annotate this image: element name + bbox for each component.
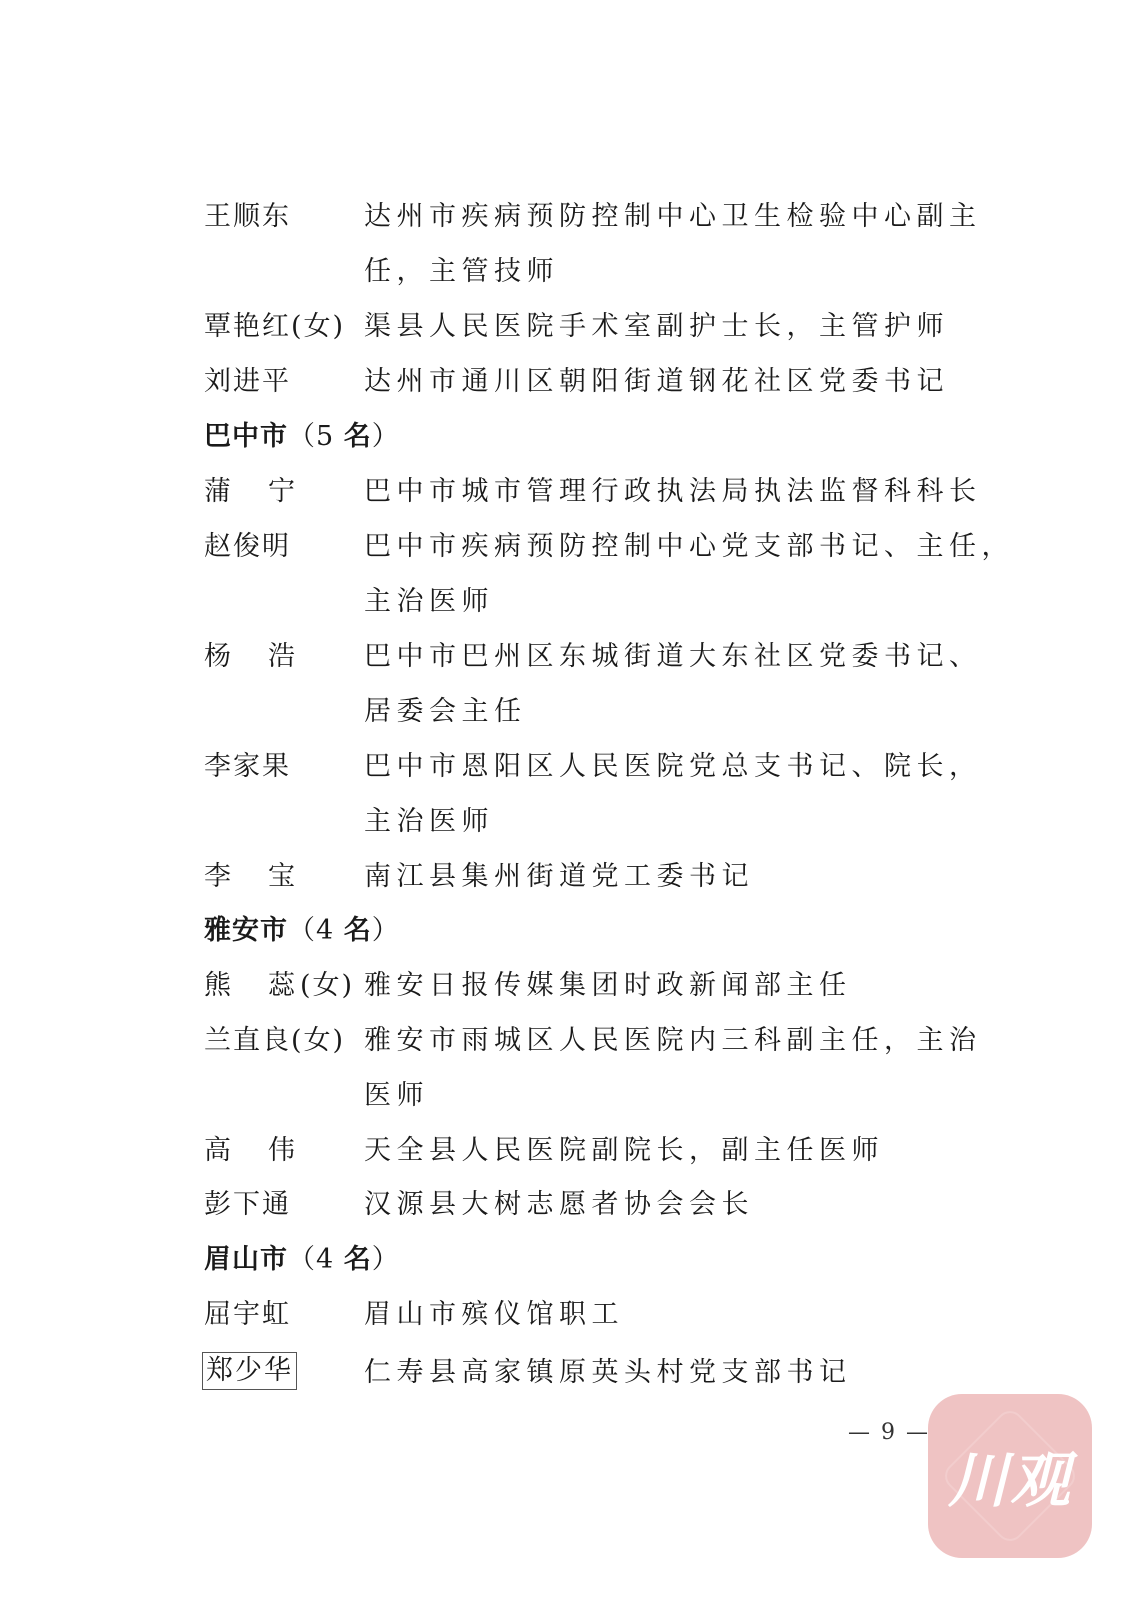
section-title: 眉山市 (204, 1244, 288, 1275)
person-name: 赵俊明 (204, 532, 364, 562)
page-number: — 9 — (848, 1420, 930, 1445)
section-heading-bazhong: 巴中市（5 名） (204, 422, 400, 452)
person-name: 王顺东 (204, 202, 364, 232)
person-title-cont: 任，主管技师 (364, 257, 559, 287)
section-count: （4 名） (288, 1244, 400, 1275)
person-name: 屈宇虹 (204, 1300, 364, 1330)
person-name: 兰直良(女) (204, 1026, 364, 1056)
watermark-text: 川观 (948, 1433, 1072, 1519)
person-name: 李家果 (204, 752, 364, 782)
person-title: 巴中市恩阳区人民医院党总支书记、院长， (364, 752, 982, 782)
person-title: 雅安日报传媒集团时政新闻部主任 (364, 971, 852, 1001)
section-count: （4 名） (288, 915, 400, 946)
person-title: 天全县人民医院副院长，副主任医师 (364, 1136, 884, 1166)
person-title: 巴中市疾病预防控制中心党支部书记、主任， (364, 532, 1014, 562)
person-title-cont: 主治医师 (364, 587, 494, 617)
person-name-highlighted: 郑少华 (202, 1352, 297, 1390)
section-heading-yaan: 雅安市（4 名） (204, 916, 400, 946)
person-title-cont: 主治医师 (364, 807, 494, 837)
person-title: 达州市通川区朝阳街道钢花社区党委书记 (364, 367, 949, 397)
person-title: 巴中市城市管理行政执法局执法监督科科长 (364, 477, 982, 507)
person-title-cont: 居委会主任 (364, 697, 527, 727)
person-title: 渠县人民医院手术室副护士长，主管护师 (364, 312, 949, 342)
person-title: 巴中市巴州区东城街道大东社区党委书记、 (364, 642, 982, 672)
person-name: 刘进平 (204, 367, 364, 397)
person-title: 眉山市殡仪馆职工 (364, 1300, 624, 1330)
person-title-cont: 医师 (364, 1081, 429, 1111)
person-name: 覃艳红(女) (204, 312, 364, 342)
document-page: 王顺东 达州市疾病预防控制中心卫生检验中心副主 任，主管技师 覃艳红(女) 渠县… (0, 0, 1124, 1600)
person-name: 彭下通 (204, 1190, 364, 1220)
person-title: 汉源县大树志愿者协会会长 (364, 1190, 754, 1220)
person-title: 雅安市雨城区人民医院内三科副主任，主治 (364, 1026, 982, 1056)
watermark-logo: 川观 (928, 1394, 1092, 1558)
section-title: 巴中市 (204, 421, 288, 452)
person-title: 南江县集州街道党工委书记 (364, 862, 754, 892)
section-count: （5 名） (288, 421, 400, 452)
section-heading-meishan: 眉山市（4 名） (204, 1245, 400, 1275)
person-title: 仁寿县高家镇原英头村党支部书记 (364, 1358, 852, 1388)
person-title: 达州市疾病预防控制中心卫生检验中心副主 (364, 202, 982, 232)
section-title: 雅安市 (204, 915, 288, 946)
